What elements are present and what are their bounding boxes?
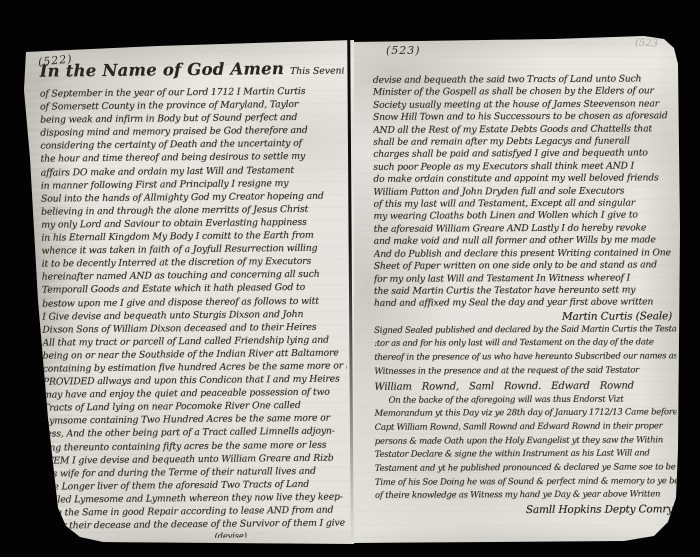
margin-mark: > xyxy=(40,454,41,467)
right-page-number: (523) xyxy=(386,44,421,57)
right-page-text: devise and bequeath the said two Tracts … xyxy=(373,73,677,545)
left-page: (522) In the Name of God AmenThis Sevent… xyxy=(8,38,354,546)
heading-line: In the Name of God AmenThis Seventeenth … xyxy=(40,58,344,85)
manuscript-line: Capt William Rownd, Samll Rownd and Edwa… xyxy=(375,420,677,435)
heading-continuation: This Seventeenth day xyxy=(290,65,349,77)
manuscript-line: Memorandum yt this Day viz ye 28th day o… xyxy=(375,406,677,421)
manuscript-line: Martin Curtis (Seale) xyxy=(374,309,676,325)
manuscript-line: thereof in the presence of us who have h… xyxy=(374,350,676,365)
left-page-text: In the Name of God AmenThis Seventeenth … xyxy=(40,58,349,539)
corner-ghost-page-number: (523 xyxy=(635,37,659,49)
manuscript-line: do make ordain constitute and appoint my… xyxy=(373,172,675,186)
manuscript-line: Testament and yt he published pronounced… xyxy=(375,461,677,476)
manuscript-scan: (522) In the Name of God AmenThis Sevent… xyxy=(0,0,700,557)
manuscript-line: Sheet of Paper written on one side only … xyxy=(374,259,676,273)
manuscript-line: William Rownd, Saml Rownd. Edward Rownd xyxy=(374,378,676,395)
left-page-lines: of September in the year of our Lord 171… xyxy=(40,84,349,539)
manuscript-line: Snow Hill Town and to his Successours to… xyxy=(373,110,675,124)
right-page: (523) (523 devise and bequeath the said … xyxy=(354,30,684,548)
manuscript-line: and make void and null all former and ot… xyxy=(374,234,676,248)
manuscript-line: Samll Hopkins Depty Comry xyxy=(375,502,677,518)
document-heading: In the Name of God Amen xyxy=(40,59,285,81)
right-page-lines: devise and bequeath the said two Tracts … xyxy=(373,73,677,518)
manuscript-line: hand and affixed my Seal the day and yea… xyxy=(374,297,676,311)
manuscript-line: Witnesses in the presence and at the req… xyxy=(374,364,676,379)
